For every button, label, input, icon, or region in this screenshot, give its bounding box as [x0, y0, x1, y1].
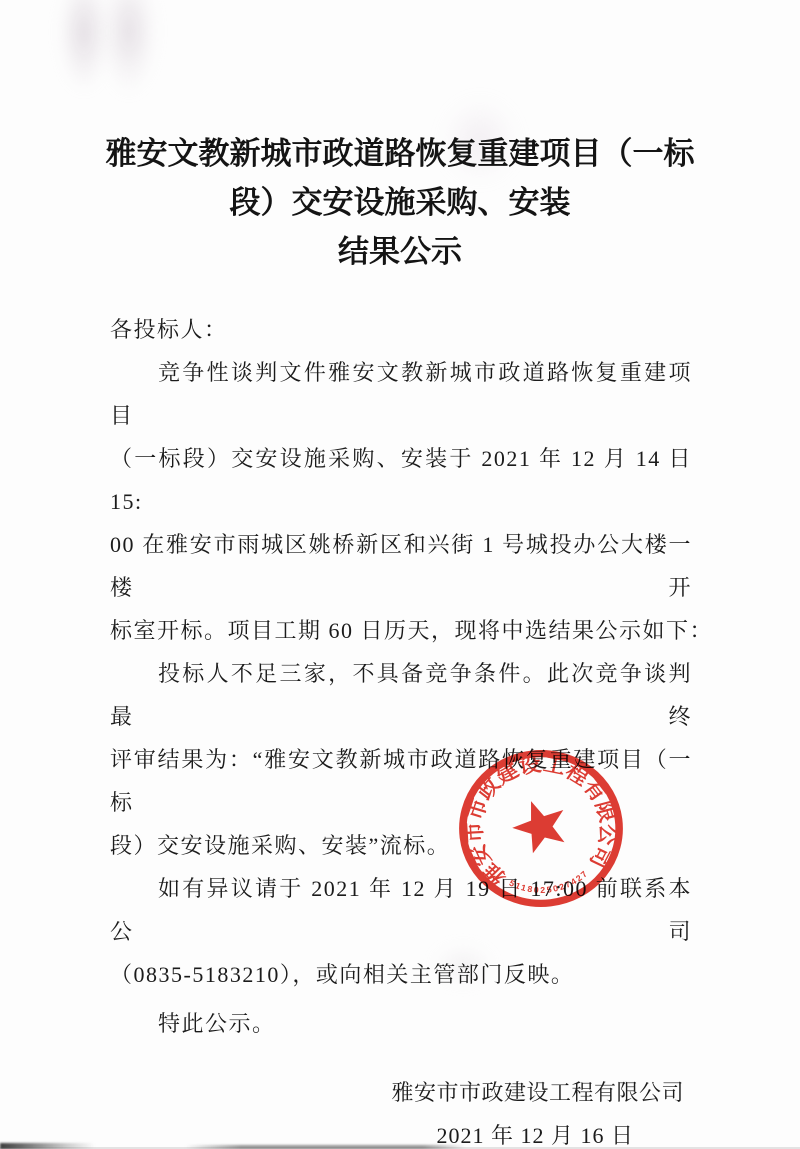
body-line: 标室开标。项目工期 60 日历天，现将中选结果公示如下：	[110, 609, 692, 652]
title-line-2: 段）交安设施采购、安装	[0, 178, 800, 227]
scan-smudge	[58, 0, 110, 92]
body-line: （一标段）交安设施采购、安装于 2021 年 12 月 14 日 15:	[110, 437, 692, 523]
title-line-3: 结果公示	[0, 227, 800, 276]
body-line: 投标人不足三家，不具备竞争条件。此次竞争谈判最终	[110, 652, 692, 738]
signature-company: 雅安市市政建设工程有限公司	[110, 1071, 692, 1114]
signature-date: 2021 年 12 月 16 日	[110, 1114, 692, 1149]
document-body: 各投标人： 竞争性谈判文件雅安文教新城市政道路恢复重建项目 （一标段）交安设施采…	[110, 308, 692, 1149]
page-title: 雅安文教新城市政道路恢复重建项目（一标 段）交安设施采购、安装 结果公示	[0, 129, 800, 276]
body-line: （0835-5183210），或向相关主管部门反映。	[110, 953, 692, 996]
scan-smudge	[100, 0, 158, 96]
body-line: 竞争性谈判文件雅安文教新城市政道路恢复重建项目	[110, 351, 692, 437]
body-line: 00 在雅安市雨城区姚桥新区和兴街 1 号城投办公大楼一楼开	[110, 523, 692, 609]
document-page: 雅安文教新城市政道路恢复重建项目（一标 段）交安设施采购、安装 结果公示 各投标…	[0, 0, 800, 1149]
company-seal-stamp: 雅安市市政建设工程有限公司 5118025027427	[457, 748, 625, 909]
closing-line: 特此公示。	[110, 1002, 692, 1045]
seal-star-icon	[506, 792, 575, 856]
title-line-1: 雅安文教新城市政道路恢复重建项目（一标	[0, 129, 800, 178]
seal-graphic: 雅安市市政建设工程有限公司 5118025027427	[457, 748, 625, 909]
greeting-line: 各投标人：	[110, 308, 692, 351]
